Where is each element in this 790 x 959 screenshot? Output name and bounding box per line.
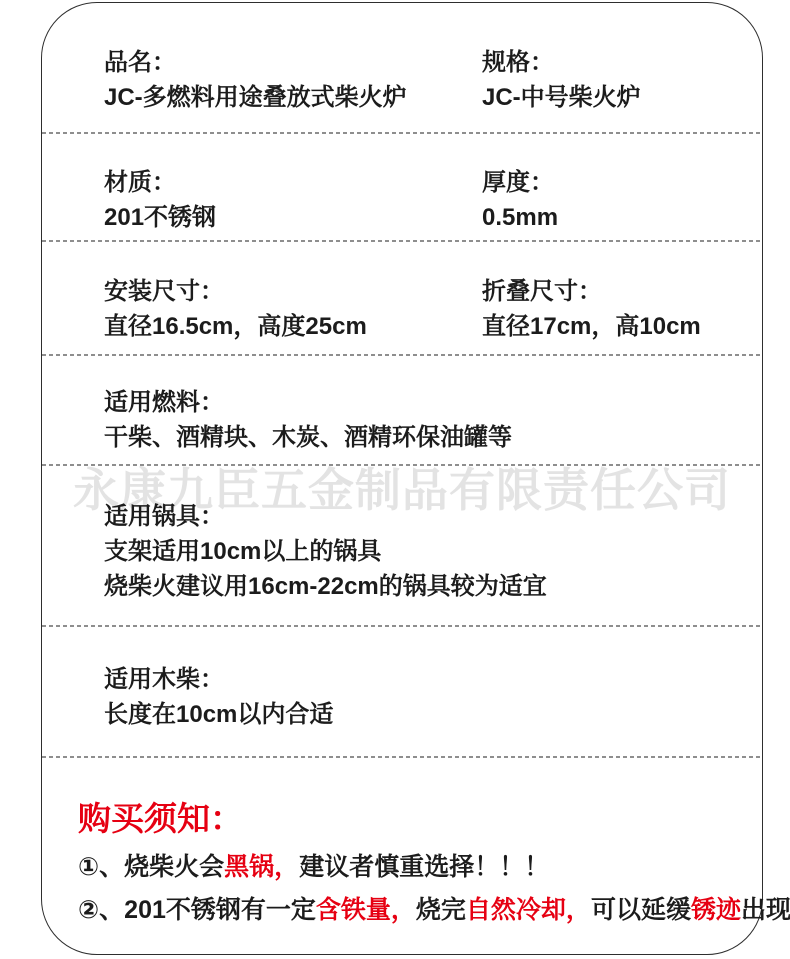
spec-cell-installed-size: 安装尺寸： 直径16.5cm，高度25cm: [104, 274, 482, 354]
spec-value-cookware-line1: 支架适用10cm以上的锅具: [104, 534, 742, 569]
spec-row-firewood: 适用木柴： 长度在10cm以内合适: [42, 625, 762, 756]
spec-label-product-name: 品名：: [104, 45, 482, 80]
notice-1-highlight-black-pot: 黑锅，: [224, 853, 299, 881]
spec-label-firewood: 适用木柴：: [104, 662, 742, 697]
spec-label-model: 规格：: [482, 45, 742, 80]
notice-1-text-2: 建议者慎重选择！！！: [299, 853, 549, 881]
spec-label-fuel: 适用燃料：: [104, 385, 742, 420]
spec-row-cookware: 适用锅具： 支架适用10cm以上的锅具 烧柴火建议用16cm-22cm的锅具较为…: [42, 464, 762, 625]
product-spec-page: { "colors": { "accent_red": "#e60012", "…: [0, 0, 790, 959]
spec-value-fuel: 干柴、酒精块、木炭、酒精环保油罐等: [104, 420, 742, 455]
spec-row-name: 品名： JC-多燃料用途叠放式柴火炉 规格： JC-中号柴火炉: [42, 3, 762, 132]
notice-item-1: ①、烧柴火会黑锅，建议者慎重选择！！！: [78, 846, 742, 889]
spec-value-installed-size: 直径16.5cm，高度25cm: [104, 309, 482, 344]
spec-cell-material: 材质： 201不锈钢: [104, 165, 482, 240]
spec-cell-thickness: 厚度： 0.5mm: [482, 165, 742, 240]
notice-2-text-2: 烧完: [416, 896, 466, 924]
spec-cell-product-name: 品名： JC-多燃料用途叠放式柴火炉: [104, 45, 482, 132]
spec-label-installed-size: 安装尺寸：: [104, 274, 482, 309]
spec-value-cookware-line2: 烧柴火建议用16cm-22cm的锅具较为适宜: [104, 569, 742, 604]
spec-value-material: 201不锈钢: [104, 200, 482, 235]
spec-value-product-name: JC-多燃料用途叠放式柴火炉: [104, 80, 482, 115]
spec-value-firewood: 长度在10cm以内合适: [104, 697, 742, 732]
spec-value-thickness: 0.5mm: [482, 200, 742, 235]
spec-label-cookware: 适用锅具：: [104, 499, 742, 534]
spec-row-dimensions: 安装尺寸： 直径16.5cm，高度25cm 折叠尺寸： 直径17cm，高10cm: [42, 240, 762, 354]
purchase-notice-heading: 购买须知：: [78, 800, 742, 838]
spec-label-folded-size: 折叠尺寸：: [482, 274, 742, 309]
notice-2-text: ②、201不锈钢有一定: [78, 896, 316, 924]
spec-value-folded-size: 直径17cm，高10cm: [482, 309, 742, 344]
spec-cell-model: 规格： JC-中号柴火炉: [482, 45, 742, 132]
notice-2-highlight-iron-content: 含铁量，: [316, 896, 416, 924]
notice-item-2: ②、201不锈钢有一定含铁量，烧完自然冷却，可以延缓锈迹出现。: [78, 889, 742, 932]
notice-2-highlight-natural-cooling: 自然冷却，: [466, 896, 591, 924]
notice-2-text-3: 可以延缓: [591, 896, 691, 924]
notice-1-text: ①、烧柴火会: [78, 853, 224, 881]
purchase-notice-section: 购买须知： ①、烧柴火会黑锅，建议者慎重选择！！！ ②、201不锈钢有一定含铁量…: [42, 756, 762, 956]
spec-card: 永康九臣五金制品有限责任公司 品名： JC-多燃料用途叠放式柴火炉 规格： JC…: [41, 2, 763, 955]
notice-2-text-4: 出现。: [741, 896, 790, 924]
spec-value-model: JC-中号柴火炉: [482, 80, 742, 115]
spec-row-material: 材质： 201不锈钢 厚度： 0.5mm: [42, 132, 762, 240]
spec-row-fuel: 适用燃料： 干柴、酒精块、木炭、酒精环保油罐等: [42, 354, 762, 464]
spec-label-thickness: 厚度：: [482, 165, 742, 200]
notice-2-highlight-rust: 锈迹: [691, 896, 741, 924]
spec-cell-folded-size: 折叠尺寸： 直径17cm，高10cm: [482, 274, 742, 354]
spec-label-material: 材质：: [104, 165, 482, 200]
spec-rows: 品名： JC-多燃料用途叠放式柴火炉 规格： JC-中号柴火炉 材质： 201不…: [42, 3, 762, 954]
